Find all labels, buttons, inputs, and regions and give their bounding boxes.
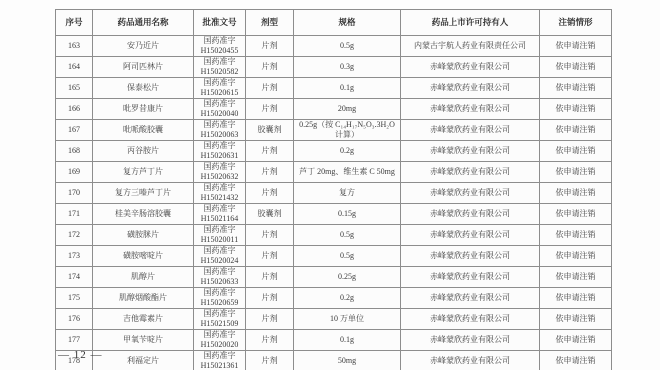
- cell-cancellation-type: 依申请注销: [540, 120, 612, 141]
- approval-prefix: 国药准字: [196, 57, 243, 67]
- table-row: 171 桂美辛肠溶胶囊 国药准字 H15021164 胶囊剂 0.15g 赤峰蒙…: [56, 204, 612, 225]
- approval-no: H15020024: [196, 256, 243, 266]
- cell-specification: 20mg: [294, 99, 401, 120]
- cell-serial-number: 164: [56, 57, 93, 78]
- cell-specification: 10 万单位: [294, 309, 401, 330]
- cell-approval-number: 国药准字 H15020659: [194, 288, 246, 309]
- col-header-specification: 规格: [294, 10, 401, 36]
- cell-cancellation-type: 依申请注销: [540, 99, 612, 120]
- cell-dosage-form: 胶囊剂: [246, 120, 294, 141]
- cell-license-holder: 赤峰蒙欣药业有限公司: [401, 57, 540, 78]
- drug-cancellation-table: 序号 药品通用名称 批准文号 剂型 规格 药品上市许可持有人 注销情形 163 …: [55, 9, 612, 370]
- cell-cancellation-type: 依申请注销: [540, 225, 612, 246]
- cell-approval-number: 国药准字 H15020632: [194, 162, 246, 183]
- cell-serial-number: 168: [56, 141, 93, 162]
- cell-dosage-form: 片剂: [246, 78, 294, 99]
- approval-prefix: 国药准字: [196, 267, 243, 277]
- table-row: 174 肌醇片 国药准字 H15020633 片剂 0.25g 赤峰蒙欣药业有限…: [56, 267, 612, 288]
- table-row: 169 复方芦丁片 国药准字 H15020632 片剂 芦丁 20mg、维生素 …: [56, 162, 612, 183]
- cell-drug-name: 肌醇烟酸酯片: [93, 288, 194, 309]
- cell-cancellation-type: 依申请注销: [540, 288, 612, 309]
- table-row: 173 磺胺嘧啶片 国药准字 H15020024 片剂 0.5g 赤峰蒙欣药业有…: [56, 246, 612, 267]
- cell-drug-name: 利福定片: [93, 351, 194, 370]
- cell-license-holder: 赤峰蒙欣药业有限公司: [401, 141, 540, 162]
- approval-no: H15020011: [196, 235, 243, 245]
- cell-dosage-form: 片剂: [246, 141, 294, 162]
- cell-drug-name: 吉他霉素片: [93, 309, 194, 330]
- cell-cancellation-type: 依申请注销: [540, 36, 612, 57]
- cell-approval-number: 国药准字 H15020631: [194, 141, 246, 162]
- cell-cancellation-type: 依申请注销: [540, 309, 612, 330]
- cell-approval-number: 国药准字 H15020020: [194, 330, 246, 351]
- cell-approval-number: 国药准字 H15020615: [194, 78, 246, 99]
- cell-dosage-form: 片剂: [246, 351, 294, 370]
- cell-approval-number: 国药准字 H15020024: [194, 246, 246, 267]
- col-header-dosage-form: 剂型: [246, 10, 294, 36]
- cell-license-holder: 赤峰蒙欣药业有限公司: [401, 330, 540, 351]
- cell-license-holder: 赤峰蒙欣药业有限公司: [401, 183, 540, 204]
- cell-cancellation-type: 依申请注销: [540, 57, 612, 78]
- approval-no: H15020020: [196, 340, 243, 350]
- cell-specification: 0.3g: [294, 57, 401, 78]
- cell-specification: 0.1g: [294, 78, 401, 99]
- cell-dosage-form: 片剂: [246, 246, 294, 267]
- approval-no: H15020659: [196, 298, 243, 308]
- table-row: 175 肌醇烟酸酯片 国药准字 H15020659 片剂 0.2g 赤峰蒙欣药业…: [56, 288, 612, 309]
- cell-drug-name: 保泰松片: [93, 78, 194, 99]
- cell-license-holder: 赤峰蒙欣药业有限公司: [401, 309, 540, 330]
- approval-prefix: 国药准字: [196, 78, 243, 88]
- cell-serial-number: 177: [56, 330, 93, 351]
- approval-prefix: 国药准字: [196, 183, 243, 193]
- cell-specification: 0.5g: [294, 36, 401, 57]
- cell-drug-name: 磺胺脒片: [93, 225, 194, 246]
- cell-serial-number: 176: [56, 309, 93, 330]
- cell-approval-number: 国药准字 H15020063: [194, 120, 246, 141]
- cell-license-holder: 赤峰蒙欣药业有限公司: [401, 225, 540, 246]
- cell-dosage-form: 片剂: [246, 309, 294, 330]
- cell-license-holder: 赤峰蒙欣药业有限公司: [401, 288, 540, 309]
- approval-prefix: 国药准字: [196, 99, 243, 109]
- cell-approval-number: 国药准字 H15020633: [194, 267, 246, 288]
- cell-cancellation-type: 依申请注销: [540, 267, 612, 288]
- document-page: 序号 药品通用名称 批准文号 剂型 规格 药品上市许可持有人 注销情形 163 …: [0, 0, 660, 370]
- table-row: 170 复方三嗪芦丁片 国药准字 H15021432 片剂 复方 赤峰蒙欣药业有…: [56, 183, 612, 204]
- cell-license-holder: 赤峰蒙欣药业有限公司: [401, 99, 540, 120]
- cell-serial-number: 173: [56, 246, 93, 267]
- cell-dosage-form: 片剂: [246, 330, 294, 351]
- cell-cancellation-type: 依申请注销: [540, 78, 612, 99]
- approval-no: H15021509: [196, 319, 243, 329]
- approval-no: H15020063: [196, 130, 243, 140]
- cell-drug-name: 吡哌酸胶囊: [93, 120, 194, 141]
- cell-serial-number: 169: [56, 162, 93, 183]
- approval-prefix: 国药准字: [196, 204, 243, 214]
- cell-serial-number: 166: [56, 99, 93, 120]
- approval-prefix: 国药准字: [196, 36, 243, 46]
- table-row: 178 利福定片 国药准字 H15021361 片剂 50mg 赤峰蒙欣药业有限…: [56, 351, 612, 370]
- cell-specification: 0.2g: [294, 141, 401, 162]
- cell-drug-name: 阿司匹林片: [93, 57, 194, 78]
- cell-serial-number: 163: [56, 36, 93, 57]
- cell-serial-number: 174: [56, 267, 93, 288]
- cell-cancellation-type: 依申请注销: [540, 162, 612, 183]
- cell-serial-number: 167: [56, 120, 93, 141]
- cell-serial-number: 171: [56, 204, 93, 225]
- cell-dosage-form: 片剂: [246, 99, 294, 120]
- cell-approval-number: 国药准字 H15021509: [194, 309, 246, 330]
- cell-approval-number: 国药准字 H15021432: [194, 183, 246, 204]
- cell-approval-number: 国药准字 H15020040: [194, 99, 246, 120]
- approval-prefix: 国药准字: [196, 225, 243, 235]
- cell-license-holder: 赤峰蒙欣药业有限公司: [401, 162, 540, 183]
- cell-cancellation-type: 依申请注销: [540, 246, 612, 267]
- cell-license-holder: 赤峰蒙欣药业有限公司: [401, 120, 540, 141]
- cell-drug-name: 甲氧苄啶片: [93, 330, 194, 351]
- cell-approval-number: 国药准字 H15021164: [194, 204, 246, 225]
- cell-drug-name: 安乃近片: [93, 36, 194, 57]
- col-header-approval-number: 批准文号: [194, 10, 246, 36]
- approval-no: H15020631: [196, 151, 243, 161]
- table-row: 176 吉他霉素片 国药准字 H15021509 片剂 10 万单位 赤峰蒙欣药…: [56, 309, 612, 330]
- cell-drug-name: 磺胺嘧啶片: [93, 246, 194, 267]
- approval-no: H15020582: [196, 67, 243, 77]
- cell-dosage-form: 胶囊剂: [246, 204, 294, 225]
- cell-serial-number: 170: [56, 183, 93, 204]
- approval-no: H15021361: [196, 361, 243, 370]
- cell-dosage-form: 片剂: [246, 288, 294, 309]
- approval-no: H15020632: [196, 172, 243, 182]
- cell-specification: 0.1g: [294, 330, 401, 351]
- cell-specification: 0.2g: [294, 288, 401, 309]
- cell-license-holder: 赤峰蒙欣药业有限公司: [401, 351, 540, 370]
- table-row: 166 吡罗昔康片 国药准字 H15020040 片剂 20mg 赤峰蒙欣药业有…: [56, 99, 612, 120]
- cell-approval-number: 国药准字 H15020011: [194, 225, 246, 246]
- approval-no: H15020633: [196, 277, 243, 287]
- table-row: 177 甲氧苄啶片 国药准字 H15020020 片剂 0.1g 赤峰蒙欣药业有…: [56, 330, 612, 351]
- approval-no: H15021432: [196, 193, 243, 203]
- cell-cancellation-type: 依申请注销: [540, 351, 612, 370]
- cell-license-holder: 赤峰蒙欣药业有限公司: [401, 246, 540, 267]
- approval-no: H15020455: [196, 46, 243, 56]
- approval-prefix: 国药准字: [196, 309, 243, 319]
- col-header-license-holder: 药品上市许可持有人: [401, 10, 540, 36]
- cell-dosage-form: 片剂: [246, 57, 294, 78]
- table-row: 163 安乃近片 国药准字 H15020455 片剂 0.5g 内蒙古宇航人药业…: [56, 36, 612, 57]
- cell-cancellation-type: 依申请注销: [540, 204, 612, 225]
- cell-drug-name: 丙谷胺片: [93, 141, 194, 162]
- cell-cancellation-type: 依申请注销: [540, 183, 612, 204]
- cell-dosage-form: 片剂: [246, 36, 294, 57]
- cell-license-holder: 赤峰蒙欣药业有限公司: [401, 78, 540, 99]
- cell-specification: 0.5g: [294, 225, 401, 246]
- cell-drug-name: 复方三嗪芦丁片: [93, 183, 194, 204]
- cell-specification: 复方: [294, 183, 401, 204]
- table-row: 172 磺胺脒片 国药准字 H15020011 片剂 0.5g 赤峰蒙欣药业有限…: [56, 225, 612, 246]
- cell-specification: 芦丁 20mg、维生素 C 50mg: [294, 162, 401, 183]
- cell-cancellation-type: 依申请注销: [540, 141, 612, 162]
- table-row: 167 吡哌酸胶囊 国药准字 H15020063 胶囊剂 0.25g（按 C₁₄…: [56, 120, 612, 141]
- cell-dosage-form: 片剂: [246, 162, 294, 183]
- col-header-cancellation-type: 注销情形: [540, 10, 612, 36]
- header-row: 序号 药品通用名称 批准文号 剂型 规格 药品上市许可持有人 注销情形: [56, 10, 612, 36]
- cell-specification: 0.5g: [294, 246, 401, 267]
- cell-serial-number: 172: [56, 225, 93, 246]
- cell-dosage-form: 片剂: [246, 267, 294, 288]
- approval-no: H15020615: [196, 88, 243, 98]
- table-body: 163 安乃近片 国药准字 H15020455 片剂 0.5g 内蒙古宇航人药业…: [56, 36, 612, 370]
- col-header-drug-name: 药品通用名称: [93, 10, 194, 36]
- cell-approval-number: 国药准字 H15021361: [194, 351, 246, 370]
- cell-specification: 0.15g: [294, 204, 401, 225]
- cell-drug-name: 复方芦丁片: [93, 162, 194, 183]
- cell-drug-name: 吡罗昔康片: [93, 99, 194, 120]
- approval-prefix: 国药准字: [196, 246, 243, 256]
- cell-specification: 0.25g（按 C₁₄H₁₇N₅O₃.3H₂O 计算）: [294, 120, 401, 141]
- cell-serial-number: 165: [56, 78, 93, 99]
- cell-license-holder: 赤峰蒙欣药业有限公司: [401, 267, 540, 288]
- cell-dosage-form: 片剂: [246, 225, 294, 246]
- cell-approval-number: 国药准字 H15020455: [194, 36, 246, 57]
- table-row: 164 阿司匹林片 国药准字 H15020582 片剂 0.3g 赤峰蒙欣药业有…: [56, 57, 612, 78]
- cell-serial-number: 175: [56, 288, 93, 309]
- cell-approval-number: 国药准字 H15020582: [194, 57, 246, 78]
- cell-cancellation-type: 依申请注销: [540, 330, 612, 351]
- approval-no: H15021164: [196, 214, 243, 224]
- approval-prefix: 国药准字: [196, 162, 243, 172]
- approval-no: H15020040: [196, 109, 243, 119]
- cell-dosage-form: 片剂: [246, 183, 294, 204]
- page-number: — 12 —: [58, 349, 103, 361]
- table-row: 165 保泰松片 国药准字 H15020615 片剂 0.1g 赤峰蒙欣药业有限…: [56, 78, 612, 99]
- table-row: 168 丙谷胺片 国药准字 H15020631 片剂 0.2g 赤峰蒙欣药业有限…: [56, 141, 612, 162]
- cell-license-holder: 赤峰蒙欣药业有限公司: [401, 204, 540, 225]
- cell-drug-name: 肌醇片: [93, 267, 194, 288]
- cell-specification: 0.25g: [294, 267, 401, 288]
- approval-prefix: 国药准字: [196, 120, 243, 130]
- col-header-serial-number: 序号: [56, 10, 93, 36]
- cell-drug-name: 桂美辛肠溶胶囊: [93, 204, 194, 225]
- cell-specification: 50mg: [294, 351, 401, 370]
- approval-prefix: 国药准字: [196, 288, 243, 298]
- approval-prefix: 国药准字: [196, 330, 243, 340]
- approval-prefix: 国药准字: [196, 141, 243, 151]
- cell-license-holder: 内蒙古宇航人药业有限责任公司: [401, 36, 540, 57]
- approval-prefix: 国药准字: [196, 351, 243, 361]
